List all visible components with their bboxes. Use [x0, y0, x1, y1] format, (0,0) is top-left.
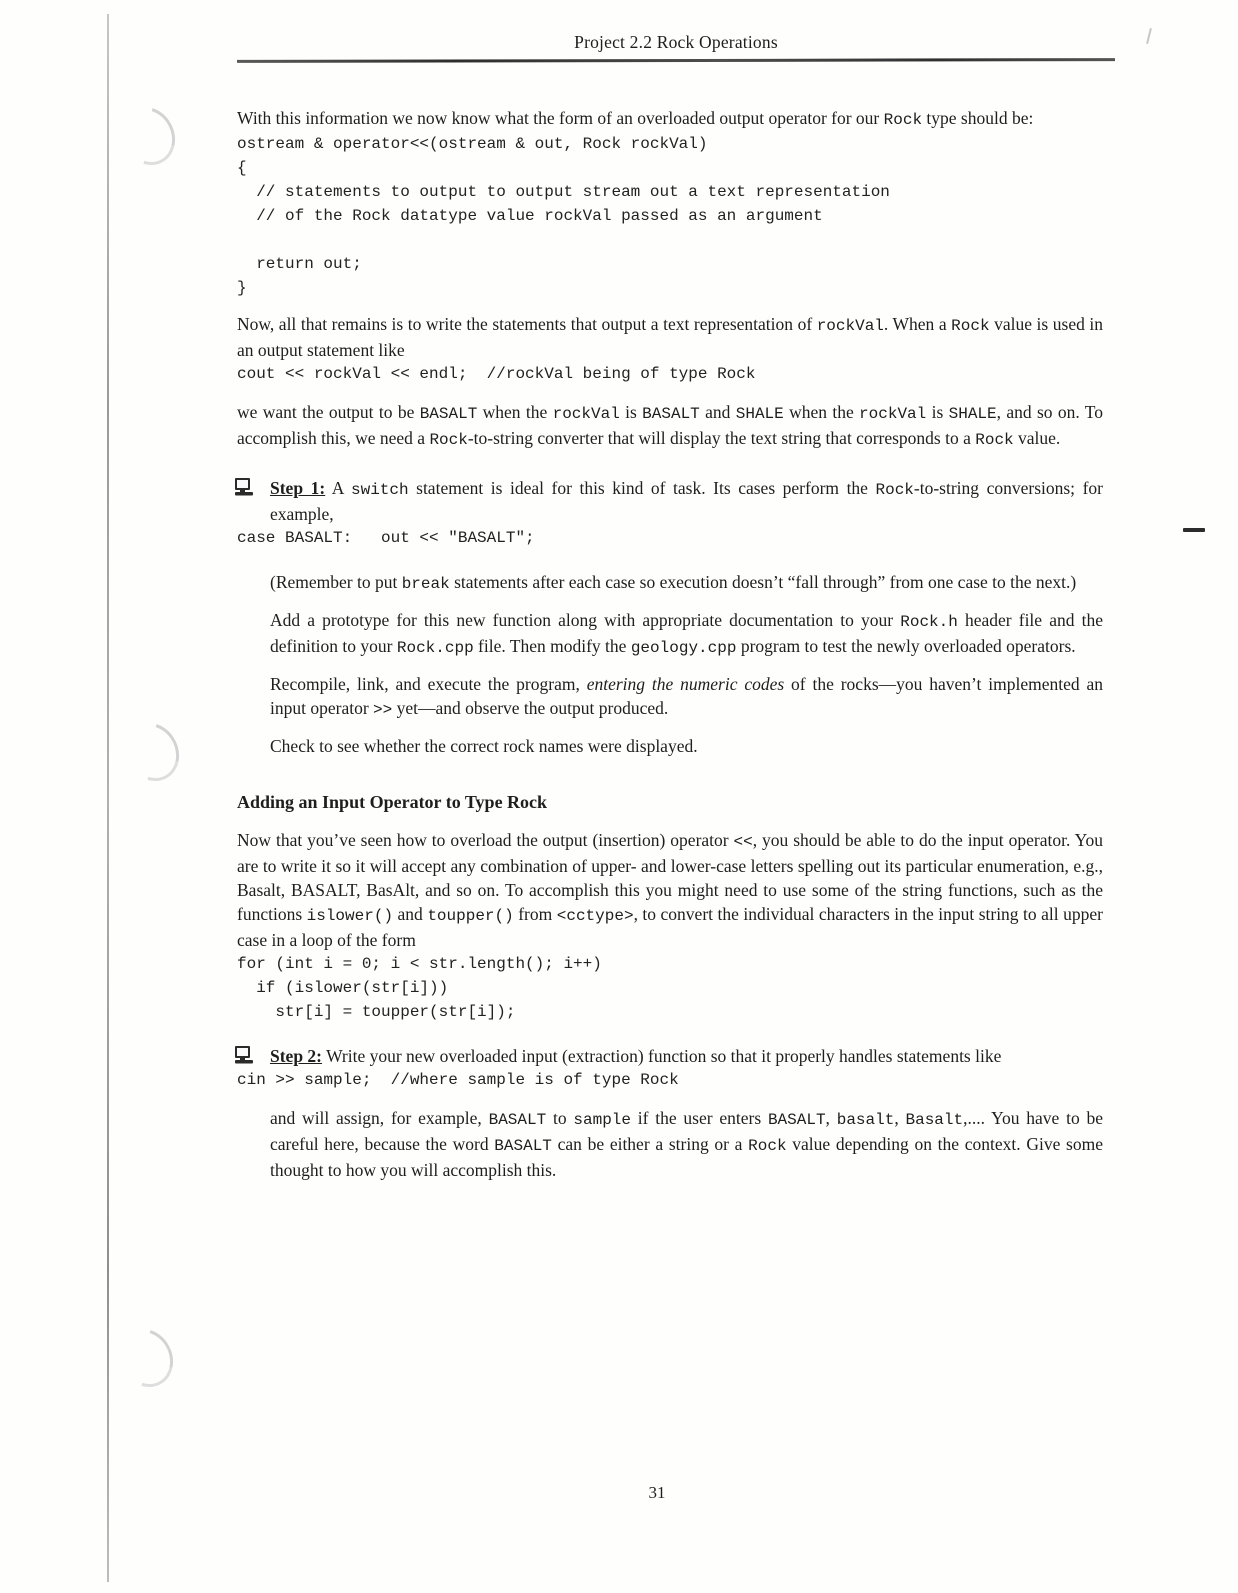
page-content: With this information we now know what t… — [237, 106, 1103, 1182]
step-1-text: A switch statement is ideal for this kin… — [270, 478, 1103, 524]
paragraph-assign: and will assign, for example, BASALT to … — [270, 1106, 1103, 1182]
step-2-text: Write your new overloaded input (extract… — [322, 1046, 1001, 1066]
paragraph-now-all-that-remains: Now, all that remains is to write the st… — [237, 312, 1103, 362]
paragraph-input-intro: Now that you’ve seen how to overload the… — [237, 828, 1103, 952]
scan-tick-mark — [1146, 28, 1152, 44]
step-2: Step 2: Write your new overloaded input … — [270, 1044, 1103, 1068]
binder-ring-mark — [110, 97, 185, 175]
computer-icon — [234, 478, 255, 497]
paragraph-check: Check to see whether the correct rock na… — [270, 734, 1103, 758]
code-line-cout: cout << rockVal << endl; //rockVal being… — [237, 362, 1103, 386]
paragraph-remember: (Remember to put break statements after … — [270, 570, 1103, 596]
page-header: Project 2.2 Rock Operations — [237, 0, 1115, 62]
code-line-cin: cin >> sample; //where sample is of type… — [237, 1068, 1103, 1092]
paragraph-want-output: we want the output to be BASALT when the… — [237, 400, 1103, 452]
code-line-case: case BASALT: out << "BASALT"; — [237, 526, 1103, 550]
step-1-label: Step 1: — [270, 478, 325, 498]
computer-icon — [234, 1046, 255, 1065]
step-2-label: Step 2: — [270, 1046, 322, 1066]
paragraph-intro: With this information we now know what t… — [237, 106, 1103, 132]
header-rule — [237, 58, 1115, 62]
paragraph-add-prototype: Add a prototype for this new function al… — [270, 608, 1103, 660]
code-block-for-loop: for (int i = 0; i < str.length(); i++) i… — [237, 952, 1103, 1024]
paragraph-recompile: Recompile, link, and execute the program… — [270, 672, 1103, 722]
page-edge-line — [107, 14, 109, 1582]
binder-ring-mark — [114, 713, 189, 791]
code-block-output-operator: ostream & operator<<(ostream & out, Rock… — [237, 132, 1103, 300]
binder-ring-mark — [108, 1319, 183, 1397]
margin-dash-mark — [1183, 528, 1205, 532]
step-1: Step 1: A switch statement is ideal for … — [270, 476, 1103, 526]
page-number: 31 — [237, 1483, 1077, 1503]
section-heading-input-operator: Adding an Input Operator to Type Rock — [237, 790, 1103, 814]
scanned-page: Project 2.2 Rock Operations With this in… — [0, 0, 1238, 1593]
running-head: Project 2.2 Rock Operations — [237, 0, 1115, 53]
